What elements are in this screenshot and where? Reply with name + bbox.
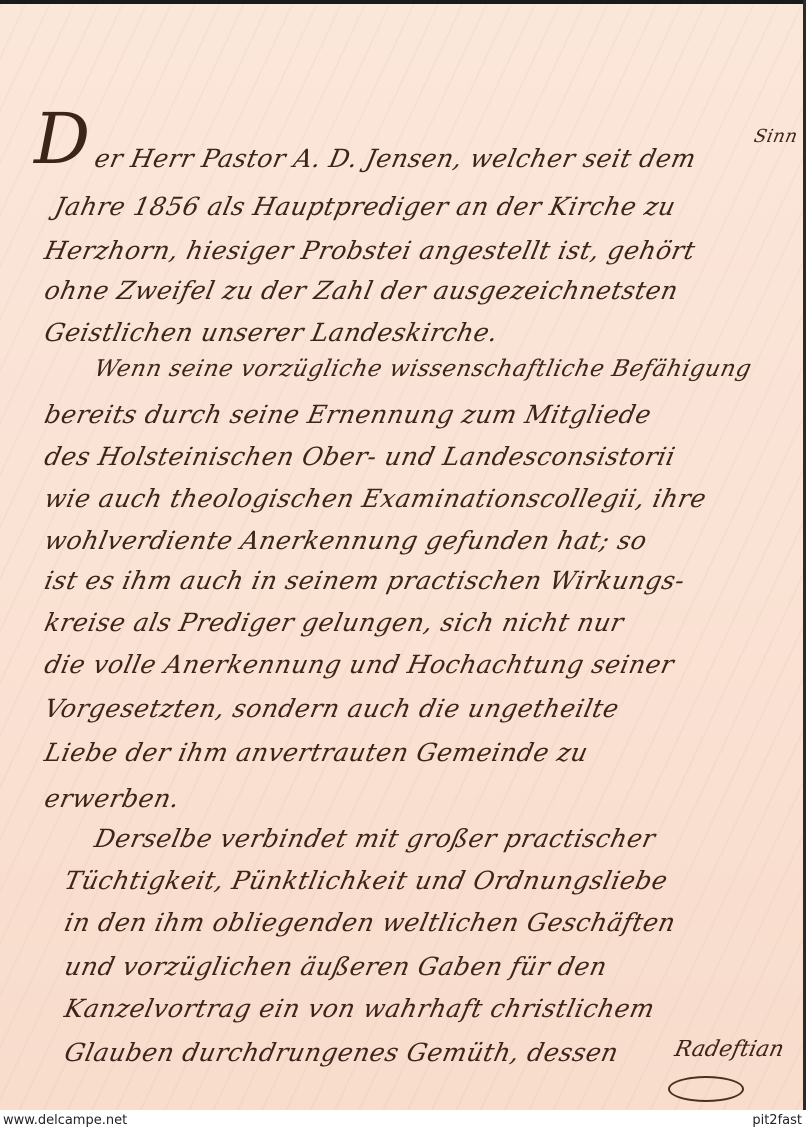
text-line-19: in den ihm obliegenden weltlichen Geschä…: [62, 908, 678, 937]
text-line-5: Geistlichen unserer Landeskirche.: [42, 318, 501, 347]
letter-page: Sinn D er Herr Pastor A. D. Jensen, welc…: [0, 4, 803, 1110]
text-line-16: erwerben.: [42, 784, 182, 813]
text-line-21: Kanzelvortrag ein von wahrhaft christlic…: [62, 994, 657, 1023]
footer-seller-label: pit2fast: [752, 1113, 802, 1128]
initial-letter: D: [34, 104, 90, 174]
text-line-2: Jahre 1856 als Hauptprediger an der Kirc…: [52, 192, 678, 221]
text-line-12: kreise als Prediger gelungen, sich nicht…: [42, 608, 627, 637]
watermark-footer: www.delcampe.net pit2fast: [0, 1110, 806, 1131]
text-line-9: wie auch theologischen Examinationscolle…: [42, 484, 709, 513]
text-line-11: ist es ihm auch in seinem practischen Wi…: [42, 566, 688, 595]
text-line-20: und vorzüglichen äußeren Gaben für den: [62, 952, 610, 981]
signature: Radeftian: [672, 1037, 786, 1062]
text-line-3: Herzhorn, hiesiger Probstei angestellt i…: [42, 236, 698, 265]
text-line-10: wohlverdiente Anerkennung gefunden hat; …: [42, 526, 650, 555]
text-line-1: er Herr Pastor A. D. Jensen, welcher sei…: [92, 144, 699, 173]
footer-site-label: www.delcampe.net: [3, 1113, 127, 1128]
text-line-7: bereits durch seine Ernennung zum Mitgli…: [42, 400, 654, 429]
text-line-8: des Holsteinischen Ober- und Landesconsi…: [42, 442, 678, 471]
text-line-4: ohne Zweifel zu der Zahl der ausgezeichn…: [42, 276, 681, 305]
signature-flourish-icon: [668, 1076, 744, 1102]
text-line-6: Wenn seine vorzügliche wissenschaftliche…: [92, 356, 754, 382]
text-line-15: Liebe der ihm anvertrauten Gemeinde zu: [42, 738, 591, 767]
text-line-22: Glauben durchdrungenes Gemüth, dessen: [62, 1038, 621, 1067]
catchword: Sinn: [752, 126, 800, 147]
text-line-13: die volle Anerkennung und Hochachtung se…: [42, 650, 677, 679]
text-line-18: Tüchtigkeit, Pünktlichkeit und Ordnungsl…: [62, 866, 671, 895]
text-line-14: Vorgesetzten, sondern auch die ungetheil…: [42, 694, 622, 723]
text-line-17: Derselbe verbindet mit großer practische…: [92, 824, 658, 853]
